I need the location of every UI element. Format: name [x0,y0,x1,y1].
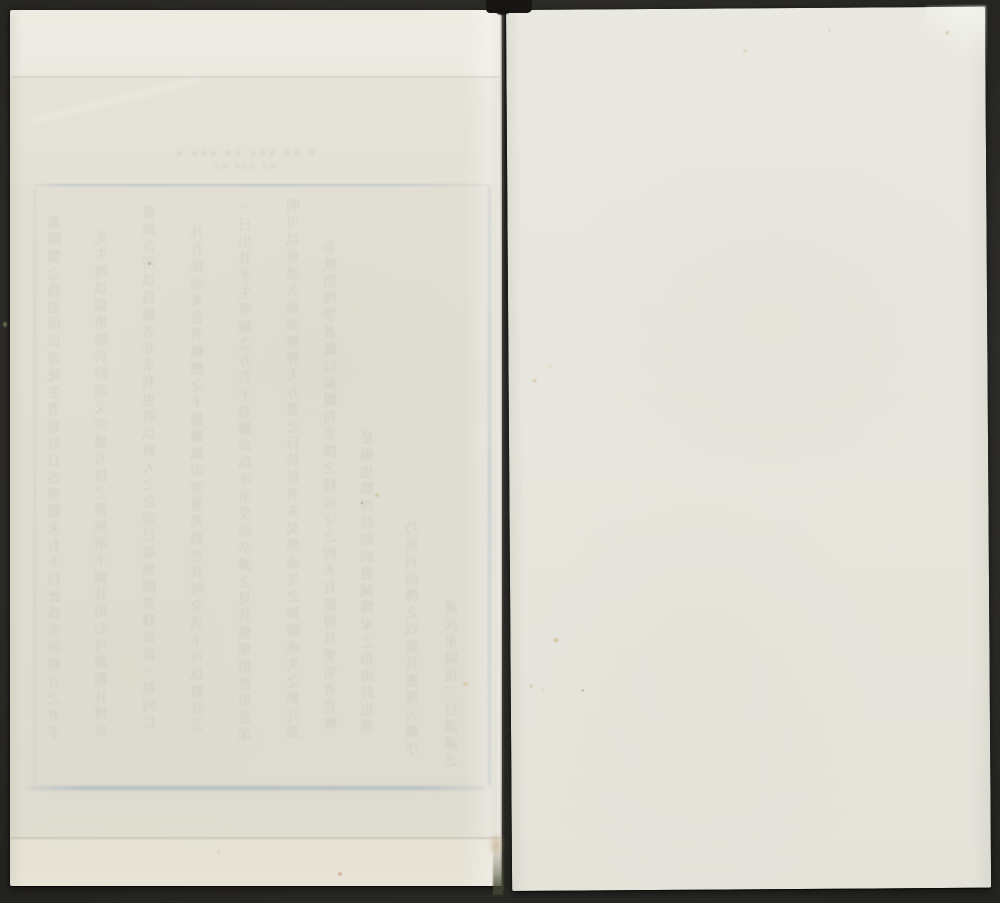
book-gutter-top-shadow [486,0,532,13]
ghost-text-column: 乃亟刊而傳之以廣其惠澤云爾序 [405,520,423,758]
ghost-text-column: 凡有疾而來告者輒應之不倦雖風雨寒暑弗避也其所全活不可以數計云 [190,225,208,735]
ghost-frame-line-right [488,186,491,786]
foxing-spot [217,850,220,853]
ghost-text-column: 是編也簡而該約而盡誠醫家之指南針也哉 [360,430,378,736]
foxing-spot [148,262,151,265]
book-gutter-stain [488,833,505,856]
book-gutter-fold-line [501,9,504,890]
ghost-text-column: 明可以垂諸久遠而無弊夫方書之行於世者多矣然或失之簡略或失之繁冗焉 [286,198,304,742]
library-stamp-bleedthrough: ∙ ∙∙ ∙∙∙ ∙∙ ∙∙∙ ∙ ∙∙ ∙∙∙ ∙∙ [168,148,320,172]
paper-crease [12,76,500,78]
foxing-spot [945,31,949,35]
stamp-line: ∙∙ ∙∙∙ ∙∙ [168,162,320,172]
foxing-spot [375,493,379,497]
foxing-spot [530,685,533,688]
ghost-text-column: 一日出其平生所驗之方若干卷屬余爲序余受而卒讀之見其條理精密用意深 [238,200,256,744]
ghost-text-column: 先生旣以儒術鳴於時而又旁通方技之書無所不窺其用心可謂勤且博矣 [94,230,112,740]
foxing-spot [582,689,584,691]
ghost-text-column: 歲次重陽後三日謹識之 [444,600,462,770]
foxing-spot [533,379,537,383]
foxing-spot [553,638,558,643]
ghost-text-column: 卷帙浩博學者難以徧觀苟非擇之精而守之約未有能得其要領者也歟 [323,240,341,733]
ghost-frame-line-top [26,184,488,186]
paper-crease [10,837,500,839]
ghost-text-column: 嘗謂吾所以爲醫者非求利也將以濟人之急而已故無問貴賤貧富一視同仁 [142,205,160,732]
foxing-spot [548,365,551,368]
paper-corner-fold [926,6,987,91]
foxing-spot [542,689,544,691]
ghost-text-column: 蓋聞醫之爲道所以寄死生者也故自古聖賢未有不以此爲重而輕言之者乎 [47,215,65,742]
ghost-frame-line-bottom [28,786,484,790]
book-gutter-top-shadow [496,8,509,15]
foxing-spot [828,29,831,32]
left-page: ∙ ∙∙ ∙∙∙ ∙∙ ∙∙∙ ∙ ∙∙ ∙∙∙ ∙∙ 蓋聞醫之爲道所以寄死生者… [10,10,502,886]
stamp-line: ∙ ∙∙ ∙∙∙ ∙∙ ∙∙∙ ∙ [168,148,320,159]
right-page-blank [506,7,991,891]
foxing-spot [361,502,363,504]
background-speck [3,322,7,327]
foxing-spot [743,49,747,52]
paper-crease [30,77,201,123]
foxing-spot [463,682,468,686]
ghost-frame-line-left [34,188,36,784]
foxing-spot [338,872,342,876]
book-scan-background: ∙ ∙∙ ∙∙∙ ∙∙ ∙∙∙ ∙ ∙∙ ∙∙∙ ∙∙ 蓋聞醫之爲道所以寄死生者… [0,0,1000,903]
